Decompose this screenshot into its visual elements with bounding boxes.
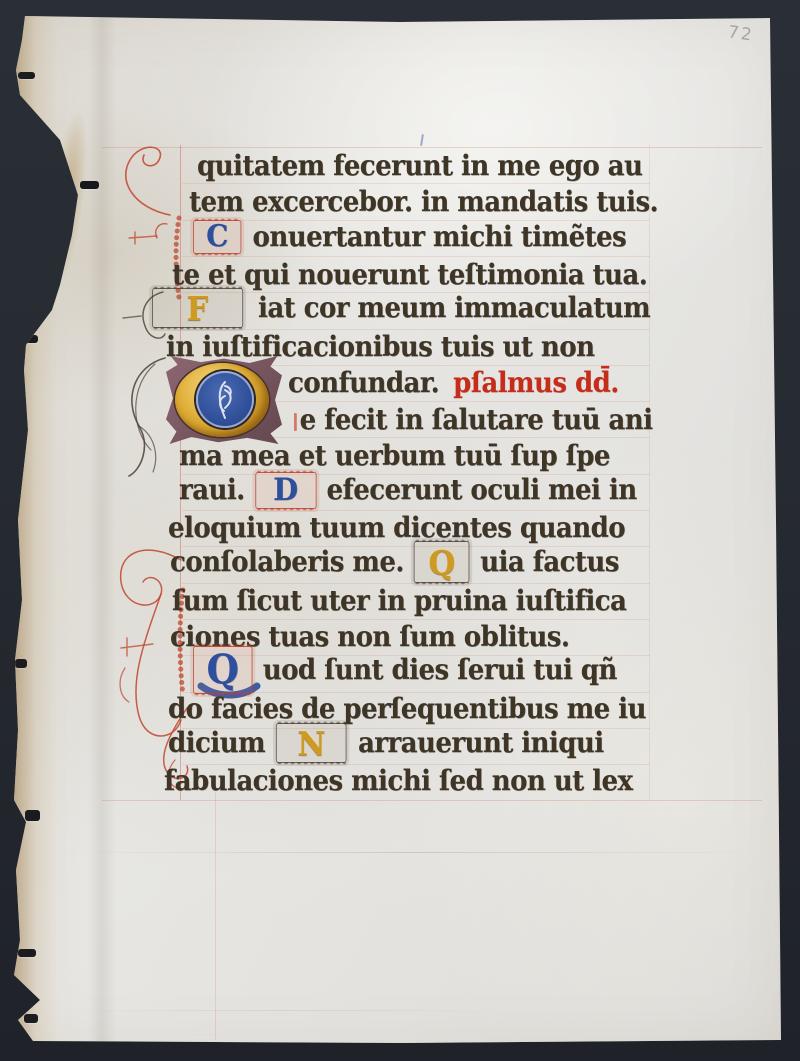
text-line: do facies de perſequentibus me iu — [168, 693, 646, 725]
line-text: confundar. — [288, 369, 439, 397]
text-line: raui. D efecerunt oculi mei in — [179, 474, 637, 506]
text-line: fabulaciones michi ſed non ut lex — [164, 765, 632, 797]
line-text: in iuſtificacionibus tuis ut non — [166, 333, 594, 361]
line-text: raui. — [179, 476, 245, 504]
sewing-hole — [80, 181, 99, 189]
line-text: fabulaciones michi ſed non ut lex — [164, 767, 632, 795]
text-line: F iat cor meum immaculatum — [152, 292, 650, 324]
rubric-psalmus: pſalmus dd̄. — [453, 369, 619, 397]
decorated-initial-F: F — [152, 288, 243, 328]
illuminated-initial-D — [166, 356, 282, 444]
line-text: uod ſunt dies ſerui tui qñ — [263, 656, 617, 684]
pencil-folio-number: 72 — [727, 22, 755, 45]
decorated-initial-N: N — [276, 723, 347, 763]
photo-mount: quitatem fecerunt in me ego au tem excer… — [0, 0, 800, 1061]
line-text: onuertantur michi timẽtes — [253, 223, 627, 251]
line-text: te et qui nouerunt teſtimonia tua. — [172, 261, 647, 289]
text-line: in iuſtificacionibus tuis ut non — [166, 331, 594, 363]
sewing-hole — [24, 1014, 38, 1023]
initial-blue-counter — [196, 371, 254, 428]
line-text: arrauerunt iniqui — [358, 729, 604, 757]
parchment-crease — [60, 1010, 500, 1011]
line-text: eloquium tuum dicentes quando — [168, 514, 625, 542]
sewing-hole — [15, 659, 27, 668]
sewing-hole — [18, 72, 35, 79]
line-text: tem excercebor. in mandatis tuis. — [189, 188, 658, 216]
decorated-initial-D: D — [255, 472, 316, 509]
line-text: dicium — [168, 729, 265, 757]
ruling-vertical-lower — [215, 792, 216, 1040]
text-line: Q uod ſunt dies ſerui tui qñ — [193, 654, 617, 686]
text-line: ma mea et uerbum tuū ſup ſpe — [179, 440, 610, 472]
text-line: e fecit in ſalutare tuū ani — [294, 404, 652, 436]
line-text: uia factus — [480, 548, 619, 576]
text-line: tem excercebor. in mandatis tuis. — [189, 186, 658, 218]
line-text: do facies de perſequentibus me iu — [168, 695, 646, 723]
text-line: dicium N arrauerunt iniqui — [168, 727, 604, 759]
ruling-vertical-right — [649, 145, 650, 800]
line-text: ſum ſicut uter in pruina iuſtifica — [172, 587, 626, 615]
text-line: te et qui nouerunt teſtimonia tua. — [172, 259, 647, 291]
sewing-hole — [18, 949, 36, 957]
decorated-initial-C: C — [193, 220, 241, 254]
parchment-crease — [60, 852, 770, 853]
white-foliate-scroll — [205, 378, 245, 422]
sewing-hole — [25, 810, 40, 821]
decorated-initial-Q: Q — [193, 646, 253, 694]
manuscript-leaf: quitatem fecerunt in me ego au tem excer… — [0, 0, 800, 1061]
gutter-shadow — [88, 0, 116, 1061]
line-text: e fecit in ſalutare tuū ani — [300, 406, 653, 434]
text-line: C onuertantur michi timẽtes — [193, 221, 626, 253]
text-line: confundar. pſalmus dd̄. — [288, 367, 619, 399]
line-text: iat cor meum immaculatum — [258, 294, 650, 322]
decorated-initial-Q: Q — [414, 541, 470, 583]
text-line: ſum ſicut uter in pruina iuſtifica — [172, 585, 626, 617]
text-line: conſolaberis me. Q uia factus — [170, 546, 619, 578]
red-touch-mark — [294, 413, 297, 431]
line-text: quitatem fecerunt in me ego au — [197, 152, 642, 180]
text-line: eloquium tuum dicentes quando — [168, 512, 625, 544]
line-text: conſolaberis me. — [170, 548, 404, 576]
stray-ink-mark — [420, 134, 424, 146]
sewing-hole — [25, 335, 38, 343]
line-text: efecerunt oculi mei in — [327, 476, 637, 504]
line-text: ma mea et uerbum tuū ſup ſpe — [179, 442, 610, 470]
text-line: quitatem fecerunt in me ego au — [197, 150, 642, 182]
